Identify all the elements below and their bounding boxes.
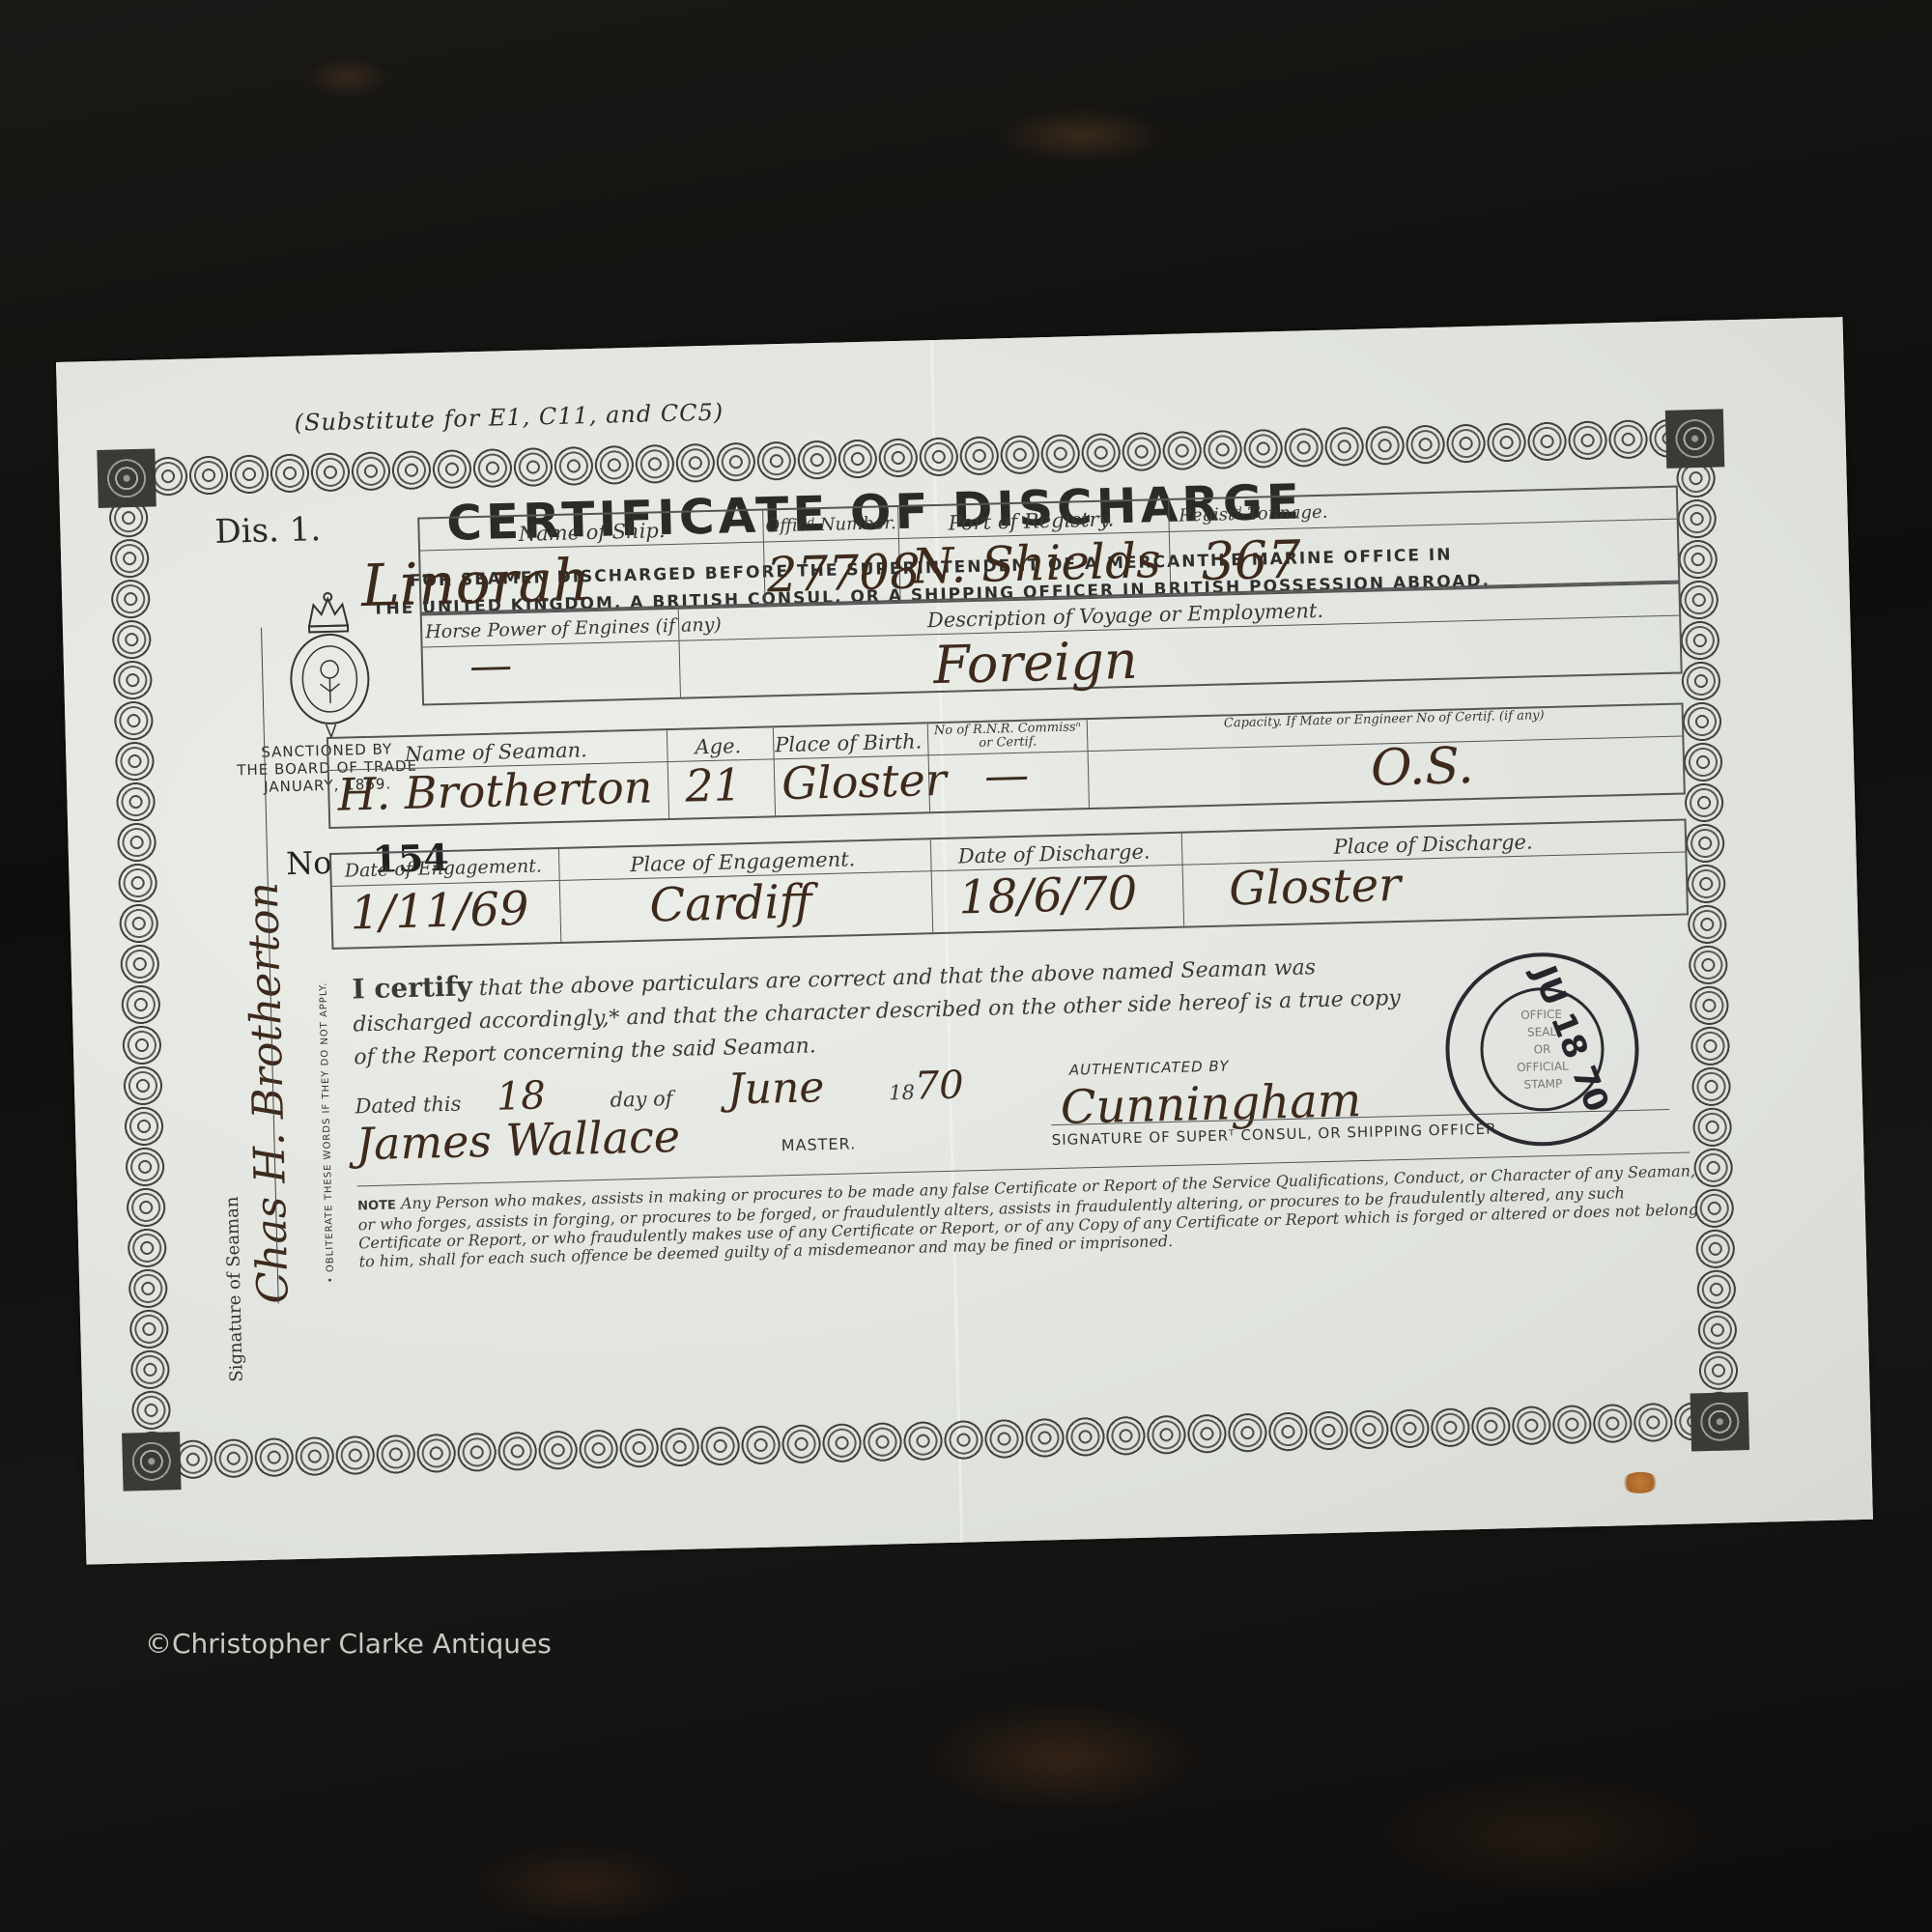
- ornamental-border-right: [1675, 458, 1741, 1442]
- value-rnr: —: [983, 749, 1029, 802]
- note-label: NOTE: [357, 1198, 396, 1213]
- value-age: 21: [685, 758, 743, 811]
- certify-lead: I certify: [352, 970, 472, 1005]
- corner-rosette-icon: [1690, 1392, 1749, 1451]
- value-seaman-name: H. Brotherton: [337, 761, 653, 821]
- certification-text: I certify that the above particulars are…: [352, 947, 1416, 1075]
- master-label: MASTER.: [781, 1134, 857, 1154]
- corner-rosette-icon: [1665, 409, 1724, 468]
- legal-note: NOTE Any Person who makes, assists in ma…: [357, 1161, 1712, 1270]
- form-code: Dis. 1.: [214, 510, 322, 552]
- label-age: Age.: [665, 733, 772, 759]
- value-place-engagement: Cardiff: [649, 874, 813, 932]
- copyright-watermark: ©Christopher Clarke Antiques: [145, 1628, 552, 1660]
- certify-body: that the above particulars are correct a…: [353, 955, 1401, 1069]
- value-voyage: Foreign: [932, 630, 1138, 696]
- year-suffix: 70: [914, 1063, 964, 1108]
- label-birthplace: Place of Birth.: [771, 729, 926, 756]
- value-birthplace: Gloster: [781, 753, 948, 810]
- value-port-registry: N. Shields: [911, 532, 1161, 595]
- signature-label-text: Signature of Seaman: [222, 1196, 247, 1382]
- substitute-note: (Substitute for E1, C11, and CC5): [294, 399, 724, 437]
- day-of: day of: [610, 1087, 673, 1112]
- label-official-number: Officᵈ Number.: [765, 513, 891, 536]
- dated-month: June: [726, 1063, 825, 1115]
- value-date-engagement: 1/11/69: [350, 882, 529, 941]
- dated-prefix: Dated this: [355, 1093, 461, 1119]
- value-ship-name: Linorah: [360, 547, 591, 620]
- value-date-discharge: 18/6/70: [958, 867, 1138, 925]
- value-capacity: O.S.: [1370, 737, 1474, 798]
- signature-of-seaman-label: Signature of Seaman: [222, 1196, 247, 1382]
- authenticated-label: AUTHENTICATED BY: [1069, 1058, 1230, 1079]
- year-prefix: 18: [889, 1081, 915, 1105]
- value-place-discharge: Gloster: [1228, 858, 1401, 916]
- certificate-paper: (Substitute for E1, C11, and CC5) Dis. 1…: [56, 317, 1873, 1564]
- number-label: No: [286, 844, 332, 882]
- ornamental-border-left: [108, 497, 174, 1482]
- label-rnr: No of R.N.R. Commissⁿ or Certif.: [930, 721, 1086, 752]
- value-official-number: 27708: [766, 543, 921, 603]
- label-tonnage: Registᵈ Tonnage.: [1171, 502, 1335, 526]
- obliterate-note: • OBLITERATE THESE WORDS IF THEY DO NOT …: [318, 981, 336, 1283]
- master-signature: James Wallace: [355, 1110, 681, 1170]
- value-tonnage: 367: [1201, 528, 1302, 592]
- corner-rosette-icon: [97, 448, 156, 507]
- corner-rosette-icon: [122, 1432, 181, 1491]
- rust-stain: [1621, 1471, 1661, 1493]
- note-text: Any Person who makes, assists in making …: [357, 1161, 1698, 1270]
- value-horse-power: —: [469, 640, 512, 691]
